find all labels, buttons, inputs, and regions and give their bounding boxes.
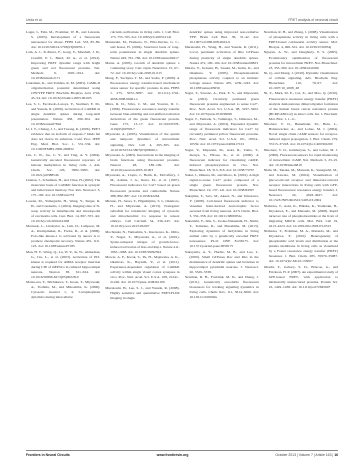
reference-entry: Nagai, Y., Miyazaki, M., Aoki, R., Zama,…: [185, 148, 259, 173]
reference-entry: Nakai, J., Ohkura, M., and Imoto, K. (20…: [185, 173, 259, 193]
reference-entry: Matsu-ura, T., Michikawa, T., Inoue, T.,…: [26, 280, 100, 300]
reference-entry: Nishi, M., Tanaka, M., Matsuda, K., Suna…: [264, 168, 338, 203]
reference-entry: Mower, A. F., Kwok, S., Yu, H., Majewska…: [105, 255, 179, 285]
running-header: Ueda et al. FRET analysis of neuronal ci…: [26, 14, 338, 24]
reference-entry: Nishioka, T., Frohman, M. A., Matsuda, M…: [264, 229, 338, 264]
footer-journal-name: Frontiers in Neural Circuits: [26, 453, 70, 457]
reference-entry: Murata, Y., Iwasaki, H., Sasaki, M., Ina…: [185, 66, 259, 91]
reference-entry: Mitra, R. D., Silva, C. M., and Youvan, …: [105, 102, 179, 132]
reference-entry: Newman, R. H., and Zhang, J. (2008). Vis…: [264, 30, 338, 50]
page-footer: Frontiers in Neural Circuits www.frontie…: [26, 450, 338, 457]
reference-entry: Lin, C. W., Jao, C. Y., and Ting, A. Y. …: [26, 153, 100, 178]
reference-entry: Lisman, J., Schulman, H., and Cline, H. …: [26, 178, 100, 198]
page-number: 16: [334, 453, 338, 457]
reference-entry: Nakanishi, Y., Iida, S., Ueoka-Nakanishi…: [185, 219, 259, 249]
reference-column-3: dendritic spines using improved non-radi…: [185, 30, 259, 436]
reference-entry: Ni, Q., and Zhang, J. (2010). Dynamic vi…: [264, 71, 338, 91]
header-authors: Ueda et al.: [26, 18, 42, 22]
reference-entry: Ni, Z., Mark, M. E., Cai, X., and Mao, Q…: [264, 91, 338, 121]
reference-entry: Nagai, T., Sawano, A., Park, E. S., and …: [185, 91, 259, 116]
reference-entry: Nguyen, A. W., and Daugherty, P. S. (200…: [264, 50, 338, 70]
reference-entry: Nagai, T., Yamada, S., Tominaga, T., Ich…: [185, 117, 259, 147]
reference-entry-continued: dendritic spines using improved non-radi…: [185, 30, 259, 45]
reference-entry: Mizuno, H., Sassa, T., Higashijima, S. I…: [105, 199, 179, 229]
reference-entry: Matus, A. (2005). Growth of dendritic sp…: [105, 61, 179, 76]
reference-column-1: Lager, I., Fehr, M., Frommer, W. B., and…: [26, 30, 100, 436]
reference-column-4: Newman, R. H., and Zhang, J. (2008). Vis…: [264, 30, 338, 436]
reference-entry: Miyawaki, A. (2005). Innovations in the …: [105, 153, 179, 173]
reference-entry: Lorenz, M., Yamaguchi, H., Wang, Y., Sin…: [26, 199, 100, 224]
reference-entry: Li, I. T., Chiang, J. J., and Truong, K.…: [26, 127, 100, 152]
reference-entry: Miyawaki, A. (2003). Visualization of th…: [105, 132, 179, 152]
reference-entry: Nakajima, T., Sato, M., Akaza, N., and U…: [185, 194, 259, 219]
footer-issue-text: October 2013 | Volume 7 | Article 163 |: [275, 453, 334, 457]
reference-column-2: calcium oscillations in living cells. J.…: [105, 30, 179, 436]
reference-entry: Ohashi, T., Galiacy, S. D., Briscoe, G.,…: [264, 265, 338, 290]
reference-entry: Mochizuki, N., Yamashita, S., Kurokawa, …: [105, 230, 179, 255]
reference-entry: Man, H. Y., Wang, Q., Lu, W. Y., Ju, W.,…: [26, 250, 100, 280]
footer-website-link[interactable]: www.frontiersin.org: [157, 453, 189, 457]
reference-entry: Lam, A. J., St-Pierre, F., Gong, Y., Mar…: [26, 50, 100, 80]
reference-entry: Nikolaev, V. O., Gambaryan, S., and Lohs…: [264, 148, 338, 168]
reference-entry: Lager, I., Fehr, M., Frommer, W. B., and…: [26, 30, 100, 50]
reference-entry: Murakoshi, H., Wang, H., and Yasuda, R. …: [185, 45, 259, 65]
reference-entry: Nishioka, T., Aoki, K., Hikake, K., Yosh…: [264, 204, 338, 229]
reference-entry: Macurek, L., Lindqvist, A., Lim, D., Lam…: [26, 224, 100, 249]
references-body: Lager, I., Fehr, M., Frommer, W. B., and…: [26, 30, 338, 436]
reference-entry: Miyawaki, A., Llopis, J., Heim, R., McCa…: [105, 173, 179, 198]
reference-entry-continued: calcium oscillations in living cells. J.…: [105, 30, 179, 40]
reference-entry: Nakayama, A. Y., Harms, M. B., and Luo, …: [185, 250, 259, 275]
reference-entry: Lantsman, K., and Tombes, R. M. (2005). …: [26, 81, 100, 101]
footer-issue-info: October 2013 | Volume 7 | Article 163 | …: [275, 453, 338, 457]
reference-entry: Newman, R. H., Fosbrink, M. D., and Zhan…: [185, 275, 259, 300]
reference-entry: Lee, S. J., Escobedo-Lozoya, Y., Szatmar…: [26, 102, 100, 127]
reference-entry: Murakoshi, H., Lee, S. J., and Yasuda, R…: [105, 286, 179, 301]
reference-entry: Nikolaev, V. O., Bunemann, M., Hein, L.,…: [264, 122, 338, 147]
reference-entry: Matsuzaki, M., Honkura, N., Ellis-Davies…: [105, 40, 179, 60]
reference-entry: Meng, F., Suchyna, T. M., and Sachs, F. …: [105, 76, 179, 101]
header-short-title: FRET analysis of neuronal circuit: [288, 18, 338, 22]
